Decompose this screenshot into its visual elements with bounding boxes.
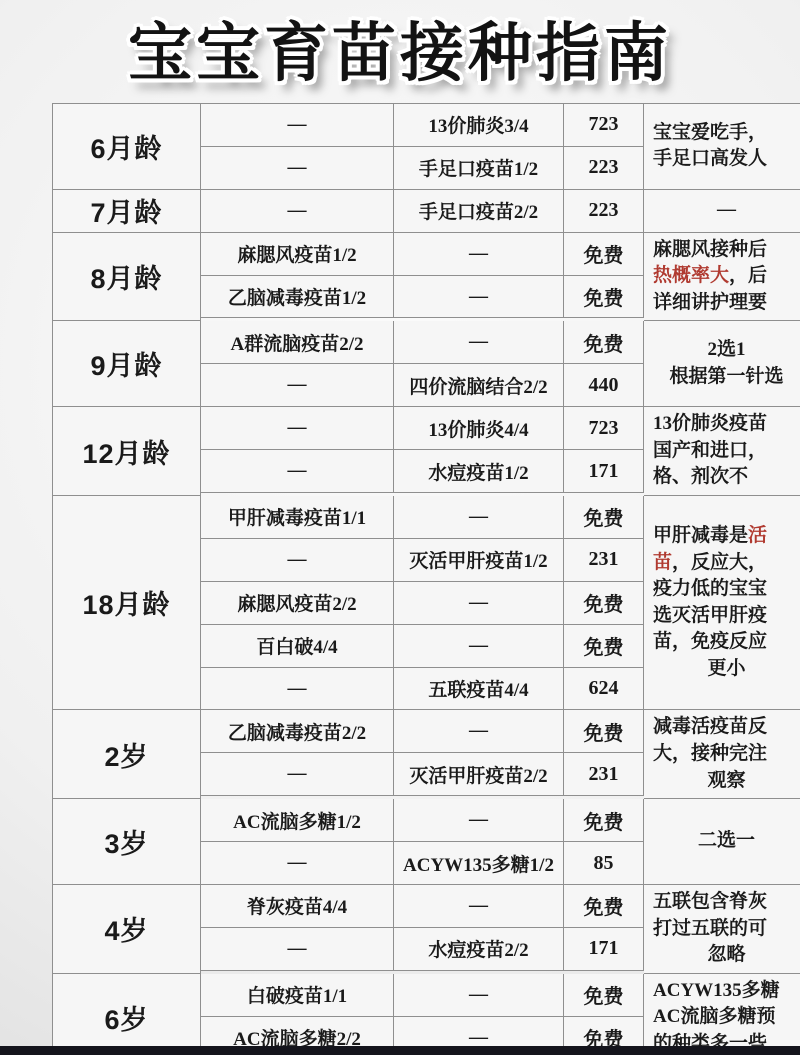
paid-vaccine-cell: 手足口疫苗2/2: [394, 190, 564, 233]
paid-vaccine-cell: —: [394, 582, 564, 625]
free-vaccine-cell: —: [201, 539, 394, 582]
note-text-highlight: 苗: [653, 552, 672, 573]
vaccine-row: 白破疫苗1/1—免费: [201, 974, 644, 1017]
note-text-highlight: 活: [748, 525, 767, 546]
note-text: 甲肝减毒是: [653, 525, 748, 546]
price-cell: 免费: [564, 582, 644, 625]
note-text: —: [717, 199, 736, 220]
vaccine-row: —水痘疫苗1/2171: [201, 450, 644, 493]
note-line: 格、剂次不: [653, 464, 800, 491]
note-cell: 宝宝爱吃手，手足口高发人: [644, 104, 800, 190]
vaccine-row: 脊灰疫苗4/4—免费: [201, 885, 644, 928]
price-cell: 231: [564, 539, 644, 582]
note-line: 13价肺炎疫苗: [653, 411, 800, 438]
note-text: 苗，免疫反应: [653, 631, 767, 652]
vaccine-rows: —13价肺炎3/4723—手足口疫苗1/2223: [201, 104, 644, 190]
vaccine-rows: A群流脑疫苗2/2—免费—四价流脑结合2/2440: [201, 321, 644, 407]
price-cell: 223: [564, 147, 644, 190]
paid-vaccine-cell: 灭活甲肝疫苗1/2: [394, 539, 564, 582]
price-cell: 723: [564, 104, 644, 147]
paid-vaccine-cell: —: [394, 321, 564, 364]
page-title: 宝宝育苗接种指南: [0, 2, 800, 94]
note-line: 观察: [653, 768, 800, 795]
age-label: 4岁: [53, 885, 201, 974]
note-line: 详细讲护理要: [653, 290, 800, 317]
note-text: 2选1: [707, 339, 745, 360]
note-text: 麻腮风接种后: [653, 239, 767, 260]
price-cell: 免费: [564, 885, 644, 928]
age-group-row: 7月龄—手足口疫苗2/2223—: [53, 190, 800, 233]
paid-vaccine-cell: 手足口疫苗1/2: [394, 147, 564, 190]
note-text: 减毒活疫苗反: [653, 716, 767, 737]
price-cell: 免费: [564, 233, 644, 276]
note-text: 二选一: [698, 830, 755, 851]
free-vaccine-cell: 麻腮风疫苗2/2: [201, 582, 394, 625]
paid-vaccine-cell: —: [394, 710, 564, 753]
age-label: 9月龄: [53, 321, 201, 407]
note-line: 宝宝爱吃手，: [653, 120, 800, 147]
age-label: 12月龄: [53, 407, 201, 496]
age-label: 7月龄: [53, 190, 201, 233]
age-label: 3岁: [53, 799, 201, 885]
paid-vaccine-cell: ACYW135多糖1/2: [394, 842, 564, 885]
price-cell: 85: [564, 842, 644, 885]
note-line: 减毒活疫苗反: [653, 714, 800, 741]
note-line: 打过五联的可: [653, 916, 800, 943]
paid-vaccine-cell: 13价肺炎3/4: [394, 104, 564, 147]
vaccine-row: —灭活甲肝疫苗2/2231: [201, 753, 644, 796]
paid-vaccine-cell: 水痘疫苗2/2: [394, 928, 564, 971]
paid-vaccine-cell: 水痘疫苗1/2: [394, 450, 564, 493]
age-label: 2岁: [53, 710, 201, 799]
paid-vaccine-cell: —: [394, 885, 564, 928]
note-text: ，反应大，: [672, 552, 767, 573]
note-line: AC流脑多糖预: [653, 1004, 800, 1031]
note-line: 选灭活甲肝疫: [653, 603, 800, 630]
age-label: 18月龄: [53, 496, 201, 710]
age-group-row: 2岁乙脑减毒疫苗2/2—免费—灭活甲肝疫苗2/2231减毒活疫苗反大，接种完注观…: [53, 710, 800, 799]
paid-vaccine-cell: —: [394, 625, 564, 668]
note-text: 国产和进口，: [653, 440, 767, 461]
free-vaccine-cell: —: [201, 928, 394, 971]
vaccine-row: —手足口疫苗1/2223: [201, 147, 644, 190]
note-text: 格、剂次不: [653, 466, 748, 487]
price-cell: 免费: [564, 974, 644, 1017]
note-text: 手足口高发人: [653, 148, 767, 169]
note-line: 苗，反应大，: [653, 550, 800, 577]
paid-vaccine-cell: —: [394, 496, 564, 539]
vaccine-row: —五联疫苗4/4624: [201, 668, 644, 711]
price-cell: 624: [564, 668, 644, 711]
note-cell: ACYW135多糖AC流脑多糖预的种类多一些: [644, 974, 800, 1055]
price-cell: 免费: [564, 799, 644, 842]
note-line: 甲肝减毒是活: [653, 523, 800, 550]
price-cell: 免费: [564, 276, 644, 319]
vaccine-row: —灭活甲肝疫苗1/2231: [201, 539, 644, 582]
price-cell: 171: [564, 928, 644, 971]
note-text: ACYW135多糖: [653, 980, 780, 1001]
note-text: 13价肺炎疫苗: [653, 413, 767, 434]
paid-vaccine-cell: 灭活甲肝疫苗2/2: [394, 753, 564, 796]
note-text: 大，接种完注: [653, 743, 767, 764]
age-label: 6月龄: [53, 104, 201, 190]
age-label: 8月龄: [53, 233, 201, 322]
vaccine-row: —13价肺炎3/4723: [201, 104, 644, 147]
free-vaccine-cell: —: [201, 147, 394, 190]
age-group-row: 9月龄A群流脑疫苗2/2—免费—四价流脑结合2/24402选1根据第一针选: [53, 321, 800, 407]
price-cell: 171: [564, 450, 644, 493]
free-vaccine-cell: 乙脑减毒疫苗1/2: [201, 276, 394, 319]
price-cell: 免费: [564, 496, 644, 539]
note-line: 手足口高发人: [653, 146, 800, 173]
vaccine-rows: —13价肺炎4/4723—水痘疫苗1/2171: [201, 407, 644, 496]
note-line: 国产和进口，: [653, 438, 800, 465]
note-text: AC流脑多糖预: [653, 1006, 775, 1027]
note-line: 疫力低的宝宝: [653, 576, 800, 603]
vaccine-row: —四价流脑结合2/2440: [201, 364, 644, 407]
age-group-row: 12月龄—13价肺炎4/4723—水痘疫苗1/217113价肺炎疫苗国产和进口，…: [53, 407, 800, 496]
vaccine-row: 百白破4/4—免费: [201, 625, 644, 668]
price-cell: 223: [564, 190, 644, 233]
vaccine-rows: —手足口疫苗2/2223: [201, 190, 644, 233]
note-text: 宝宝爱吃手，: [653, 122, 767, 143]
paid-vaccine-cell: —: [394, 974, 564, 1017]
vaccine-row: —ACYW135多糖1/285: [201, 842, 644, 885]
free-vaccine-cell: 脊灰疫苗4/4: [201, 885, 394, 928]
age-group-row: 18月龄甲肝减毒疫苗1/1—免费—灭活甲肝疫苗1/2231麻腮风疫苗2/2—免费…: [53, 496, 800, 710]
note-text-highlight: 热概率大: [653, 265, 729, 286]
price-cell: 440: [564, 364, 644, 407]
free-vaccine-cell: 麻腮风疫苗1/2: [201, 233, 394, 276]
price-cell: 免费: [564, 625, 644, 668]
note-text: 五联包含脊灰: [653, 891, 767, 912]
note-text: 疫力低的宝宝: [653, 578, 767, 599]
price-cell: 免费: [564, 710, 644, 753]
note-cell: 13价肺炎疫苗国产和进口， 格、剂次不: [644, 407, 800, 496]
bottom-dark-bar: [0, 1046, 800, 1055]
note-text: 打过五联的可: [653, 918, 767, 939]
note-cell: 甲肝减毒是活苗，反应大，疫力低的宝宝 选灭活甲肝疫苗，免疫反应更小: [644, 496, 800, 710]
note-cell: 麻腮风接种后热概率大，后详细讲护理要: [644, 233, 800, 322]
free-vaccine-cell: —: [201, 450, 394, 493]
free-vaccine-cell: —: [201, 190, 394, 233]
note-line: 苗，免疫反应: [653, 629, 800, 656]
vaccine-row: —手足口疫苗2/2223: [201, 190, 644, 233]
free-vaccine-cell: 乙脑减毒疫苗2/2: [201, 710, 394, 753]
vaccine-row: 麻腮风疫苗1/2—免费: [201, 233, 644, 276]
age-group-row: 4岁脊灰疫苗4/4—免费—水痘疫苗2/2171五联包含脊灰打过五联的可忽略: [53, 885, 800, 974]
free-vaccine-cell: —: [201, 842, 394, 885]
note-cell: 2选1根据第一针选: [644, 321, 800, 407]
note-line: 热概率大，后: [653, 263, 800, 290]
note-text: 根据第一针选: [669, 366, 783, 387]
note-line: 五联包含脊灰: [653, 889, 800, 916]
note-line: 2选1: [653, 337, 800, 364]
free-vaccine-cell: 甲肝减毒疫苗1/1: [201, 496, 394, 539]
note-line: 忽略: [653, 942, 800, 969]
vaccine-rows: 乙脑减毒疫苗2/2—免费—灭活甲肝疫苗2/2231: [201, 710, 644, 799]
free-vaccine-cell: 白破疫苗1/1: [201, 974, 394, 1017]
vaccine-row: A群流脑疫苗2/2—免费: [201, 321, 644, 364]
age-group-row: 3岁AC流脑多糖1/2—免费—ACYW135多糖1/285二选一: [53, 799, 800, 885]
note-cell: 五联包含脊灰打过五联的可忽略: [644, 885, 800, 974]
note-line: 大，接种完注: [653, 741, 800, 768]
vaccine-rows: 白破疫苗1/1—免费AC流脑多糖2/2—免费: [201, 974, 644, 1055]
paid-vaccine-cell: —: [394, 799, 564, 842]
free-vaccine-cell: —: [201, 407, 394, 450]
note-line: 根据第一针选: [653, 364, 800, 391]
age-group-row: 6月龄—13价肺炎3/4723—手足口疫苗1/2223宝宝爱吃手，手足口高发人: [53, 104, 800, 190]
note-text: 更小: [707, 658, 745, 679]
note-text: 观察: [707, 770, 745, 791]
free-vaccine-cell: 百白破4/4: [201, 625, 394, 668]
note-line: 麻腮风接种后: [653, 237, 800, 264]
free-vaccine-cell: —: [201, 104, 394, 147]
note-line: —: [653, 197, 800, 224]
vaccine-schedule-table: 6月龄—13价肺炎3/4723—手足口疫苗1/2223宝宝爱吃手，手足口高发人7…: [52, 103, 800, 1055]
vaccine-row: AC流脑多糖1/2—免费: [201, 799, 644, 842]
free-vaccine-cell: —: [201, 753, 394, 796]
paid-vaccine-cell: 四价流脑结合2/2: [394, 364, 564, 407]
age-group-row: 6岁白破疫苗1/1—免费AC流脑多糖2/2—免费ACYW135多糖AC流脑多糖预…: [53, 974, 800, 1055]
free-vaccine-cell: —: [201, 668, 394, 711]
vaccine-row: 甲肝减毒疫苗1/1—免费: [201, 496, 644, 539]
price-cell: 免费: [564, 321, 644, 364]
age-label: 6岁: [53, 974, 201, 1055]
paid-vaccine-cell: —: [394, 233, 564, 276]
price-cell: 723: [564, 407, 644, 450]
free-vaccine-cell: —: [201, 364, 394, 407]
note-text: ，后: [729, 265, 767, 286]
vaccine-row: 麻腮风疫苗2/2—免费: [201, 582, 644, 625]
vaccine-row: 乙脑减毒疫苗1/2—免费: [201, 276, 644, 319]
note-cell: 减毒活疫苗反大，接种完注观察: [644, 710, 800, 799]
vaccine-rows: 麻腮风疫苗1/2—免费乙脑减毒疫苗1/2—免费: [201, 233, 644, 322]
vaccine-rows: 脊灰疫苗4/4—免费—水痘疫苗2/2171: [201, 885, 644, 974]
vaccine-row: —水痘疫苗2/2171: [201, 928, 644, 971]
note-cell: —: [644, 190, 800, 233]
vaccine-rows: AC流脑多糖1/2—免费—ACYW135多糖1/285: [201, 799, 644, 885]
note-line: 更小: [653, 656, 800, 683]
note-text: 选灭活甲肝疫: [653, 605, 767, 626]
note-cell: 二选一: [644, 799, 800, 885]
vaccine-rows: 甲肝减毒疫苗1/1—免费—灭活甲肝疫苗1/2231麻腮风疫苗2/2—免费百白破4…: [201, 496, 644, 710]
free-vaccine-cell: A群流脑疫苗2/2: [201, 321, 394, 364]
age-group-row: 8月龄麻腮风疫苗1/2—免费乙脑减毒疫苗1/2—免费麻腮风接种后热概率大，后详细…: [53, 233, 800, 322]
free-vaccine-cell: AC流脑多糖1/2: [201, 799, 394, 842]
paid-vaccine-cell: 13价肺炎4/4: [394, 407, 564, 450]
note-line: ACYW135多糖: [653, 978, 800, 1005]
paid-vaccine-cell: —: [394, 276, 564, 319]
price-cell: 231: [564, 753, 644, 796]
note-text: 详细讲护理要: [653, 292, 767, 313]
note-line: 二选一: [653, 828, 800, 855]
vaccine-row: —13价肺炎4/4723: [201, 407, 644, 450]
note-text: 忽略: [707, 944, 745, 965]
paid-vaccine-cell: 五联疫苗4/4: [394, 668, 564, 711]
vaccine-row: 乙脑减毒疫苗2/2—免费: [201, 710, 644, 753]
